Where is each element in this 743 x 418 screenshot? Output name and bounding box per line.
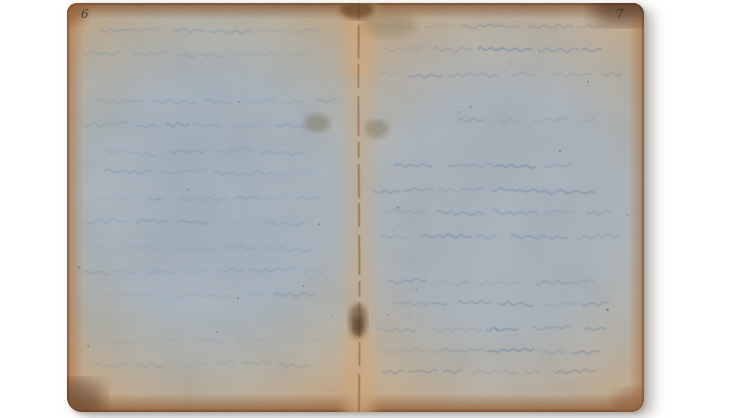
page-number-right: 7 <box>616 7 624 21</box>
photo-stage: 6 7 <box>0 0 743 418</box>
page-number-left: 6 <box>81 7 89 21</box>
paper-grain-texture <box>67 3 644 412</box>
notebook-spread: 6 7 <box>67 3 644 412</box>
notebook-photo: 6 7 <box>67 3 644 412</box>
